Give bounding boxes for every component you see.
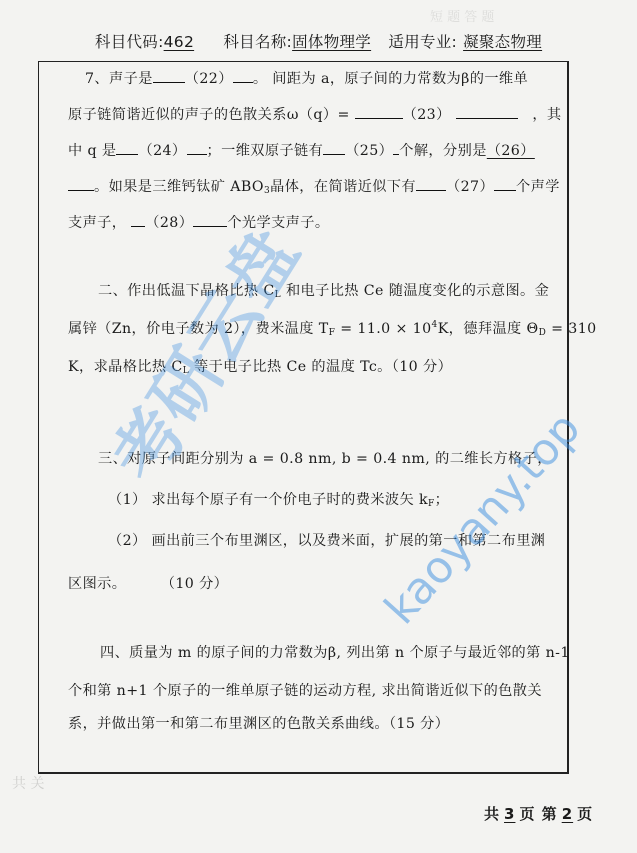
q2-line-3: K，求晶格比热 CL 等于电子比热 Ce 的温度 Tc。（10 分） xyxy=(68,356,452,376)
q7-line-3: 中 q 是（24）；一维双原子链有（25）个解，分别是（26） xyxy=(68,140,535,160)
q3-line-1: 三、对原子间距分别为 a = 0.8 nm, b = 0.4 nm, 的二维长方… xyxy=(98,448,552,468)
q2-line-1: 二、作出低温下晶格比热 CL 和电子比热 Ce 随温度变化的示意图。金 xyxy=(98,280,549,300)
major-label: 适用专业: xyxy=(388,33,457,51)
q4-line-1: 四、质量为 m 的原子间的力常数为β, 列出第 n 个原子与最近邻的第 n-1 xyxy=(100,642,570,662)
exam-header: 科目代码:462 科目名称:固体物理学 适用专业:凝聚态物理 xyxy=(0,30,637,52)
q7-line-4: 。如果是三维钙钛矿 ABO3晶体，在简谐近似下有（27）个声学 xyxy=(68,176,560,196)
total-pages: 3 xyxy=(500,805,519,823)
q7-line-5: 支声子， （28）个光学支声子。 xyxy=(68,212,329,232)
bleed-through-mark: 共 关 xyxy=(12,773,44,793)
subject-name-value: 固体物理学 xyxy=(292,33,371,51)
subject-name-label: 科目名称: xyxy=(223,33,292,51)
subject-code-value: 462 xyxy=(164,33,207,51)
answer-frame xyxy=(38,61,569,774)
bleed-through-text: 短 题 答 题 xyxy=(430,6,494,25)
q4-line-2: 个和第 n+1 个原子的一维单原子链的运动方程, 求出简谐近似下的色散关 xyxy=(68,680,542,700)
q7-line-2: 原子链简谐近似的声子的色散关系ω（q）= （23） ，其 xyxy=(68,104,562,124)
q3-line-2: （1） 求出每个原子有一个价电子时的费米波矢 kF； xyxy=(108,489,449,509)
current-page: 2 xyxy=(558,805,577,823)
q3-line-3: （2） 画出前三个布里渊区，以及费米面，扩展的第一和第二布里渊 xyxy=(108,530,545,550)
subject-code-label: 科目代码: xyxy=(95,33,164,51)
page-indicator: 共3页 第2页 xyxy=(484,803,593,824)
q3-line-4: 区图示。 （10 分） xyxy=(68,573,228,593)
q4-line-3: 系，并做出第一和第二布里渊区的色散关系曲线。（15 分） xyxy=(68,713,449,733)
major-value: 凝聚态物理 xyxy=(457,33,542,51)
q7-line-1: 7、声子是（22）。 间距为 a，原子间的力常数为β的一维单 xyxy=(85,68,528,88)
q2-line-2: 属锌（Zn，价电子数为 2），费米温度 TF = 11.0 × 104K，德拜温… xyxy=(68,318,597,338)
